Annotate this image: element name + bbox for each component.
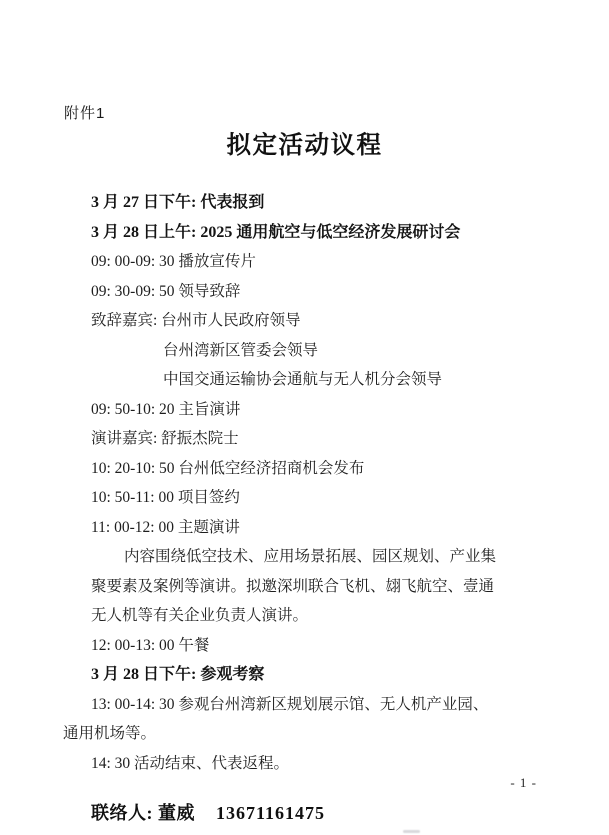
agenda-list: 3 月 27 日下午: 代表报到3 月 28 日上午: 2025 通用航空与低空… (0, 188, 609, 778)
agenda-line: 09: 50-10: 20 主旨演讲 (0, 395, 609, 425)
page-number: - 1 - (510, 775, 537, 791)
agenda-line: 11: 00-12: 00 主题演讲 (0, 513, 609, 543)
agenda-line: 3 月 28 日上午: 2025 通用航空与低空经济发展研讨会 (0, 218, 609, 248)
attachment-label: 附件1 (64, 102, 105, 123)
agenda-line: 14: 30 活动结束、代表返程。 (0, 749, 609, 779)
agenda-line: 致辞嘉宾: 台州市人民政府领导 (0, 306, 609, 336)
agenda-line: 演讲嘉宾: 舒振杰院士 (0, 424, 609, 454)
scan-artifact (403, 830, 420, 833)
document-page: 附件1 拟定活动议程 3 月 27 日下午: 代表报到3 月 28 日上午: 2… (0, 0, 609, 835)
agenda-line: 10: 20-10: 50 台州低空经济招商机会发布 (0, 454, 609, 484)
agenda-line: 09: 00-09: 30 播放宣传片 (0, 247, 609, 277)
agenda-line: 通用机场等。 (0, 719, 609, 749)
agenda-line: 3 月 28 日下午: 参观考察 (0, 660, 609, 690)
contact-name: 联络人: 董威 (91, 803, 195, 823)
page-title: 拟定活动议程 (0, 126, 609, 161)
agenda-line: 12: 00-13: 00 午餐 (0, 631, 609, 661)
agenda-line: 内容围绕低空技术、应用场景拓展、园区规划、产业集 (0, 542, 609, 572)
agenda-line: 台州湾新区管委会领导 (0, 336, 609, 366)
contact-line: 联络人: 董威13671161475 (91, 799, 325, 825)
agenda-line: 13: 00-14: 30 参观台州湾新区规划展示馆、无人机产业园、 (0, 690, 609, 720)
agenda-line: 中国交通运输协会通航与无人机分会领导 (0, 365, 609, 395)
contact-phone: 13671161475 (216, 803, 325, 823)
agenda-line: 聚要素及案例等演讲。拟邀深圳联合飞机、翃飞航空、壹通 (0, 572, 609, 602)
agenda-line: 无人机等有关企业负责人演讲。 (0, 601, 609, 631)
agenda-line: 3 月 27 日下午: 代表报到 (0, 188, 609, 218)
agenda-line: 09: 30-09: 50 领导致辞 (0, 277, 609, 307)
agenda-line: 10: 50-11: 00 项目签约 (0, 483, 609, 513)
